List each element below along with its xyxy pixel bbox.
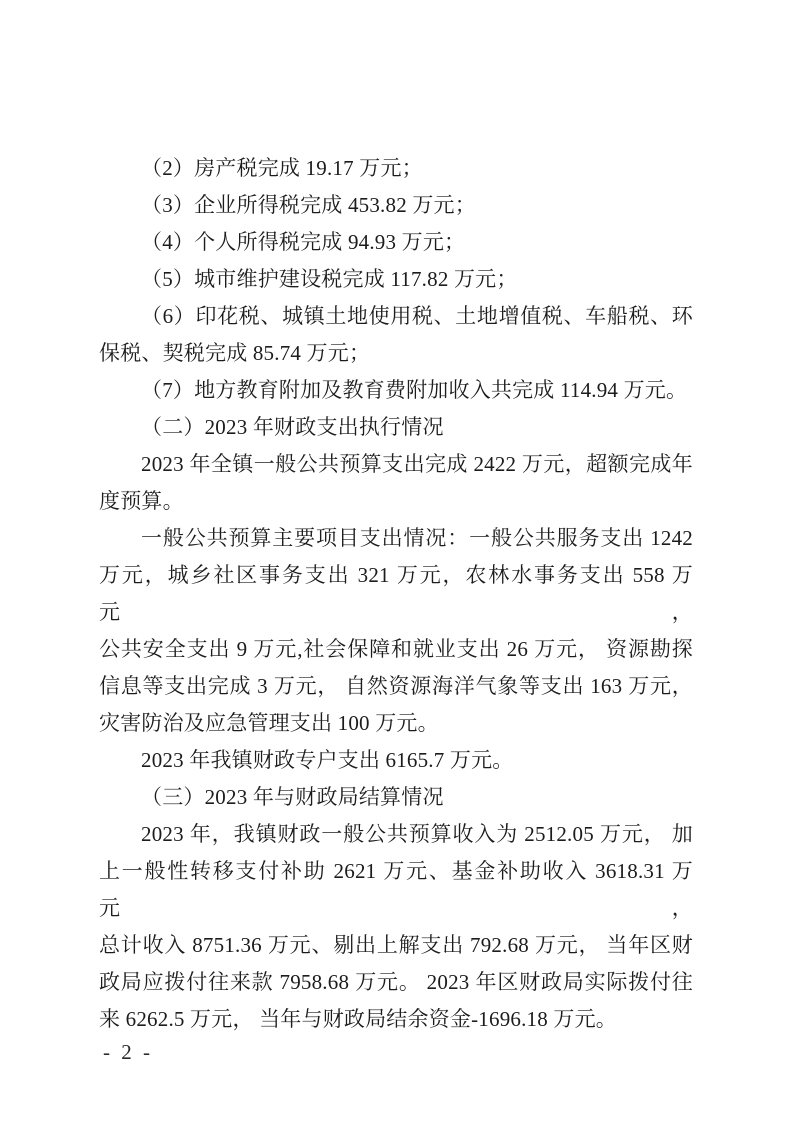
text-line-projects-3: 公共安全支出 9 万元,社会保障和就业支出 26 万元， 资源勘探 [99, 631, 693, 668]
text-line-settlement-2: 上一般性转移支付补助 2621 万元、基金补助收入 3618.31 万元， [99, 853, 693, 927]
text-line-tax-corporate: （3）企业所得税完成 453.82 万元； [99, 187, 693, 224]
text-line-special-account: 2023 年我镇财政专户支出 6165.7 万元。 [99, 742, 693, 779]
text-line-expenditure-1: 2023 年全镇一般公共预算支出完成 2422 万元，超额完成年 [99, 446, 693, 483]
text-line-settlement-4: 政局应拨付往来款 7958.68 万元。 2023 年区财政局实际拨付往 [99, 964, 693, 1001]
document-page: （2）房产税完成 19.17 万元； （3）企业所得税完成 453.82 万元；… [0, 0, 793, 1122]
text-line-settlement-5: 来 6262.5 万元， 当年与财政局结余资金-1696.18 万元。 [99, 1001, 693, 1038]
text-line-projects-2: 万元，城乡社区事务支出 321 万元，农林水事务支出 558 万元， [99, 557, 693, 631]
text-line-tax-property: （2）房产税完成 19.17 万元； [99, 150, 693, 187]
text-line-tax-urban-maint: （5）城市维护建设税完成 117.82 万元； [99, 261, 693, 298]
section-heading-expenditure: （二）2023 年财政支出执行情况 [99, 409, 693, 446]
text-line-settlement-3: 总计收入 8751.36 万元、剔出上解支出 792.68 万元， 当年区财 [99, 927, 693, 964]
text-line-expenditure-2: 度预算。 [99, 483, 693, 520]
section-heading-settlement: （三）2023 年与财政局结算情况 [99, 779, 693, 816]
text-line-tax-personal: （4）个人所得税完成 94.93 万元； [99, 224, 693, 261]
text-line-tax-misc-2: 保税、契税完成 85.74 万元； [99, 335, 693, 372]
text-line-settlement-1: 2023 年，我镇财政一般公共预算收入为 2512.05 万元， 加 [99, 816, 693, 853]
text-line-projects-1: 一般公共预算主要项目支出情况：一般公共服务支出 1242 [99, 520, 693, 557]
text-line-projects-5: 灾害防治及应急管理支出 100 万元。 [99, 705, 693, 742]
text-line-tax-misc-1: （6）印花税、城镇土地使用税、土地增值税、车船税、环 [99, 298, 693, 335]
page-number: - 2 - [103, 1040, 153, 1064]
text-line-projects-4: 信息等支出完成 3 万元， 自然资源海洋气象等支出 163 万元， [99, 668, 693, 705]
document-body: （2）房产税完成 19.17 万元； （3）企业所得税完成 453.82 万元；… [99, 150, 693, 1038]
text-line-tax-education: （7）地方教育附加及教育费附加收入共完成 114.94 万元。 [99, 372, 693, 409]
